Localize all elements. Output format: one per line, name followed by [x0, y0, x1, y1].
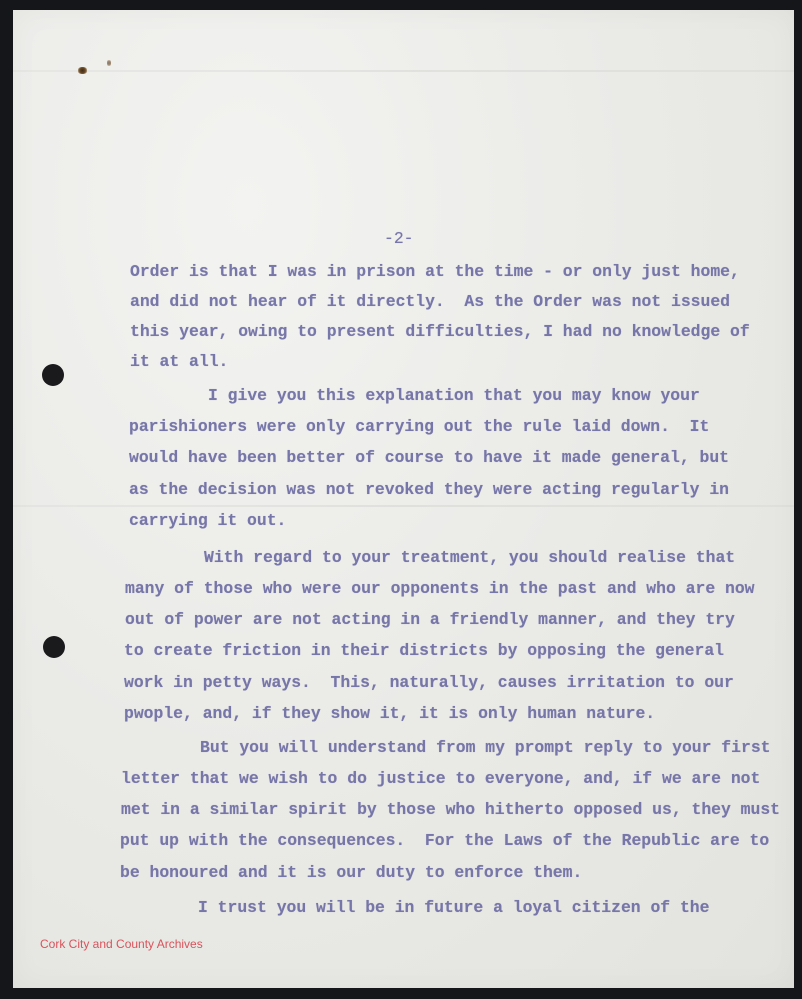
- paper-burn-mark: [78, 67, 87, 74]
- page-number: -2-: [384, 229, 414, 249]
- text-line: But you will understand from my prompt r…: [200, 738, 771, 758]
- text-line: met in a similar spirit by those who hit…: [121, 800, 780, 820]
- punch-hole: [43, 636, 65, 658]
- text-line: work in petty ways. This, naturally, cau…: [124, 673, 734, 693]
- text-line: it at all.: [130, 352, 228, 372]
- text-line: out of power are not acting in a friendl…: [125, 610, 735, 630]
- text-line: With regard to your treatment, you shoul…: [204, 548, 735, 568]
- paper-fold: [13, 505, 794, 507]
- text-line: as the decision was not revoked they wer…: [129, 480, 729, 500]
- text-line: this year, owing to present difficulties…: [130, 322, 750, 342]
- text-line: put up with the consequences. For the La…: [120, 831, 769, 851]
- text-line: I give you this explanation that you may…: [208, 386, 700, 406]
- text-line: letter that we wish to do justice to eve…: [121, 769, 760, 789]
- text-line: many of those who were our opponents in …: [125, 579, 755, 599]
- paper-fold: [13, 70, 794, 72]
- text-line: would have been better of course to have…: [129, 448, 729, 468]
- text-line: be honoured and it is our duty to enforc…: [120, 863, 582, 883]
- text-line: carrying it out.: [129, 511, 286, 531]
- text-line: I trust you will be in future a loyal ci…: [198, 898, 709, 918]
- paper-burn-mark: [107, 60, 111, 66]
- text-line: and did not hear of it directly. As the …: [130, 292, 730, 312]
- text-line: to create friction in their districts by…: [124, 641, 724, 661]
- punch-hole: [42, 364, 64, 386]
- archive-watermark: Cork City and County Archives: [40, 937, 203, 951]
- text-line: parishioners were only carrying out the …: [129, 417, 709, 437]
- text-line: Order is that I was in prison at the tim…: [130, 262, 740, 282]
- text-line: pwople, and, if they show it, it is only…: [124, 704, 655, 724]
